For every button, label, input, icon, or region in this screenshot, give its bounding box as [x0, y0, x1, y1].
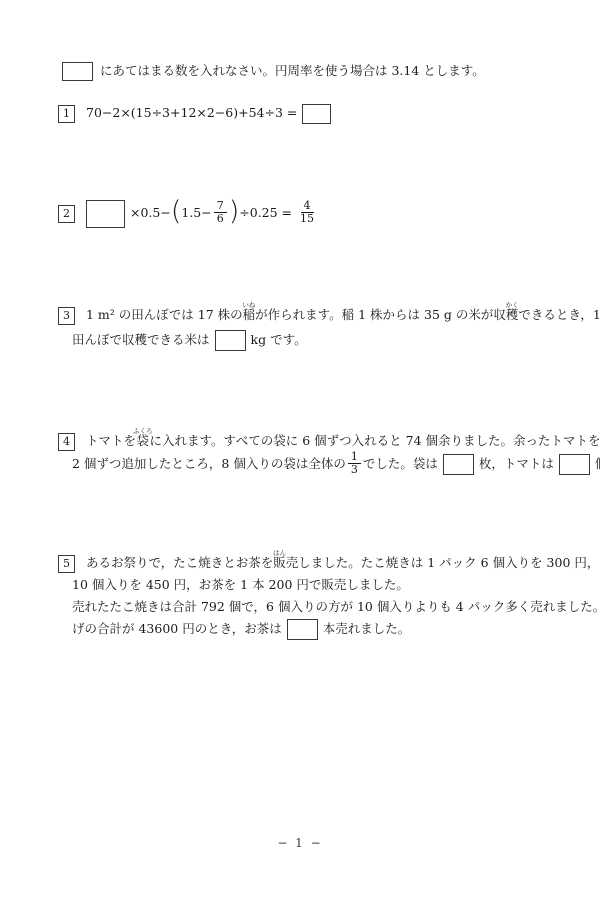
instruction-row: にあてはまる数を入れなさい。円周率を使う場合は 3.14 とします。	[62, 61, 485, 81]
fraction-7-6: 76	[214, 200, 227, 225]
answer-box	[215, 330, 246, 351]
worksheet-page: にあてはまる数を入れなさい。円周率を使う場合は 3.14 とします。 170−2…	[0, 0, 600, 900]
answer-box	[559, 454, 590, 475]
problem-number-badge: 4	[58, 433, 75, 451]
problem-number-badge: 1	[58, 105, 75, 123]
problem-5-line2: 10 個入りを 450 円，お茶を 1 本 200 円で販売しました。	[72, 575, 409, 595]
problem-5-line1: 5あるお祭りで，たこ焼きとお茶を販はん売しました。たこ焼きは 1 パック 6 個…	[58, 549, 600, 573]
close-paren: )	[229, 196, 240, 227]
fraction-denominator: 3	[348, 464, 361, 476]
problem-5-line3: 売れたたこ焼きは合計 792 個で，6 個入りの方が 10 個入りよりも 4 パ…	[72, 597, 600, 617]
ruby-reading: はん	[273, 549, 286, 557]
problem-4-line1: 4トマトを袋ふくろに入れます。すべての袋に 6 個ずつ入れると 74 個余りまし…	[58, 427, 600, 451]
ruby-base: 販	[273, 555, 286, 570]
problem-text: できるとき，1.5 ha の	[518, 307, 600, 322]
ruby-kaku: 穫かく	[506, 307, 519, 322]
problem-text: 売しました。たこ焼きは 1 パック 6 個入りを 300 円，1 パック	[286, 555, 600, 570]
footer-page-number: − 1 −	[0, 836, 600, 850]
problem-text: 個です。	[595, 456, 600, 471]
ruby-base: 稲	[242, 307, 255, 322]
fraction-denominator: 15	[297, 213, 317, 225]
problem-text: 田んぼで収穫できる米は	[72, 332, 210, 347]
ruby-base: 穫	[506, 307, 519, 322]
problem-1: 170−2×(15÷3+12×2−6)+54÷3 =	[58, 103, 336, 124]
problem-number-badge: 3	[58, 307, 75, 325]
ruby-reading: いね	[242, 301, 255, 309]
ruby-ine: 稲いね	[243, 307, 256, 322]
answer-box	[287, 619, 318, 640]
problem-3-line2: 田んぼで収穫できる米はkg です。	[72, 328, 307, 352]
problem-text: でした。袋は	[363, 456, 438, 471]
problem-text: 2 個ずつ追加したところ，8 個入りの袋は全体の	[72, 456, 346, 471]
ruby-han: 販はん	[273, 555, 286, 570]
fraction-denominator: 6	[214, 213, 227, 225]
blank-box	[62, 62, 93, 81]
problem-5-line4: げの合計が 43600 円のとき，お茶は本売れました。	[72, 617, 410, 641]
problem-number-badge: 5	[58, 555, 75, 573]
fraction-1-3: 13	[348, 451, 361, 476]
problem-text: 枚，トマトは	[479, 456, 554, 471]
equation-segment: 1.5−	[181, 205, 211, 220]
problem-text: kg です。	[251, 332, 307, 347]
problem-text: トマトを	[86, 433, 136, 448]
answer-box	[302, 104, 331, 124]
problem-text: あるお祭りで，たこ焼きとお茶を	[86, 555, 273, 570]
answer-box	[443, 454, 474, 475]
fraction-4-15: 415	[297, 200, 317, 225]
problem-3-line1: 31 m² の田んぼでは 17 株の稲いねが作られます。稲 1 株からは 35 …	[58, 301, 600, 325]
equation-segment: ×0.5−	[130, 205, 171, 220]
equation-text: 70−2×(15÷3+12×2−6)+54÷3 =	[86, 105, 297, 120]
equation-segment: ÷0.25 =	[239, 205, 292, 220]
problem-text: 売れたたこ焼きは合計 792 個で，6 個入りの方が 10 個入りよりも 4 パ…	[72, 599, 600, 614]
problem-text: 10 個入りを 450 円，お茶を 1 本 200 円で販売しました。	[72, 577, 409, 592]
open-paren: (	[171, 196, 182, 227]
ruby-reading: ふくろ	[133, 427, 153, 435]
problem-text: 1 m² の田んぼでは 17 株の	[86, 307, 243, 322]
answer-box	[86, 200, 125, 228]
problem-text: 本売れました。	[323, 621, 411, 636]
problem-text: に入れます。すべての袋に 6 個ずつ入れると 74 個余りました。余ったトマトを…	[150, 433, 600, 448]
problem-2: 2×0.5−(1.5−76)÷0.25 =415	[58, 195, 319, 232]
ruby-reading: かく	[506, 301, 519, 309]
instruction-text: にあてはまる数を入れなさい。円周率を使う場合は 3.14 とします。	[100, 63, 485, 78]
problem-text: が作られます。稲 1 株からは 35 g の米が収	[255, 307, 506, 322]
ruby-fukuro: 袋ふくろ	[136, 433, 149, 448]
problem-text: げの合計が 43600 円のとき，お茶は	[72, 621, 282, 636]
problem-number-badge: 2	[58, 205, 75, 223]
problem-4-line2: 2 個ずつ追加したところ，8 個入りの袋は全体の13でした。袋は枚，トマトは個で…	[72, 449, 600, 479]
